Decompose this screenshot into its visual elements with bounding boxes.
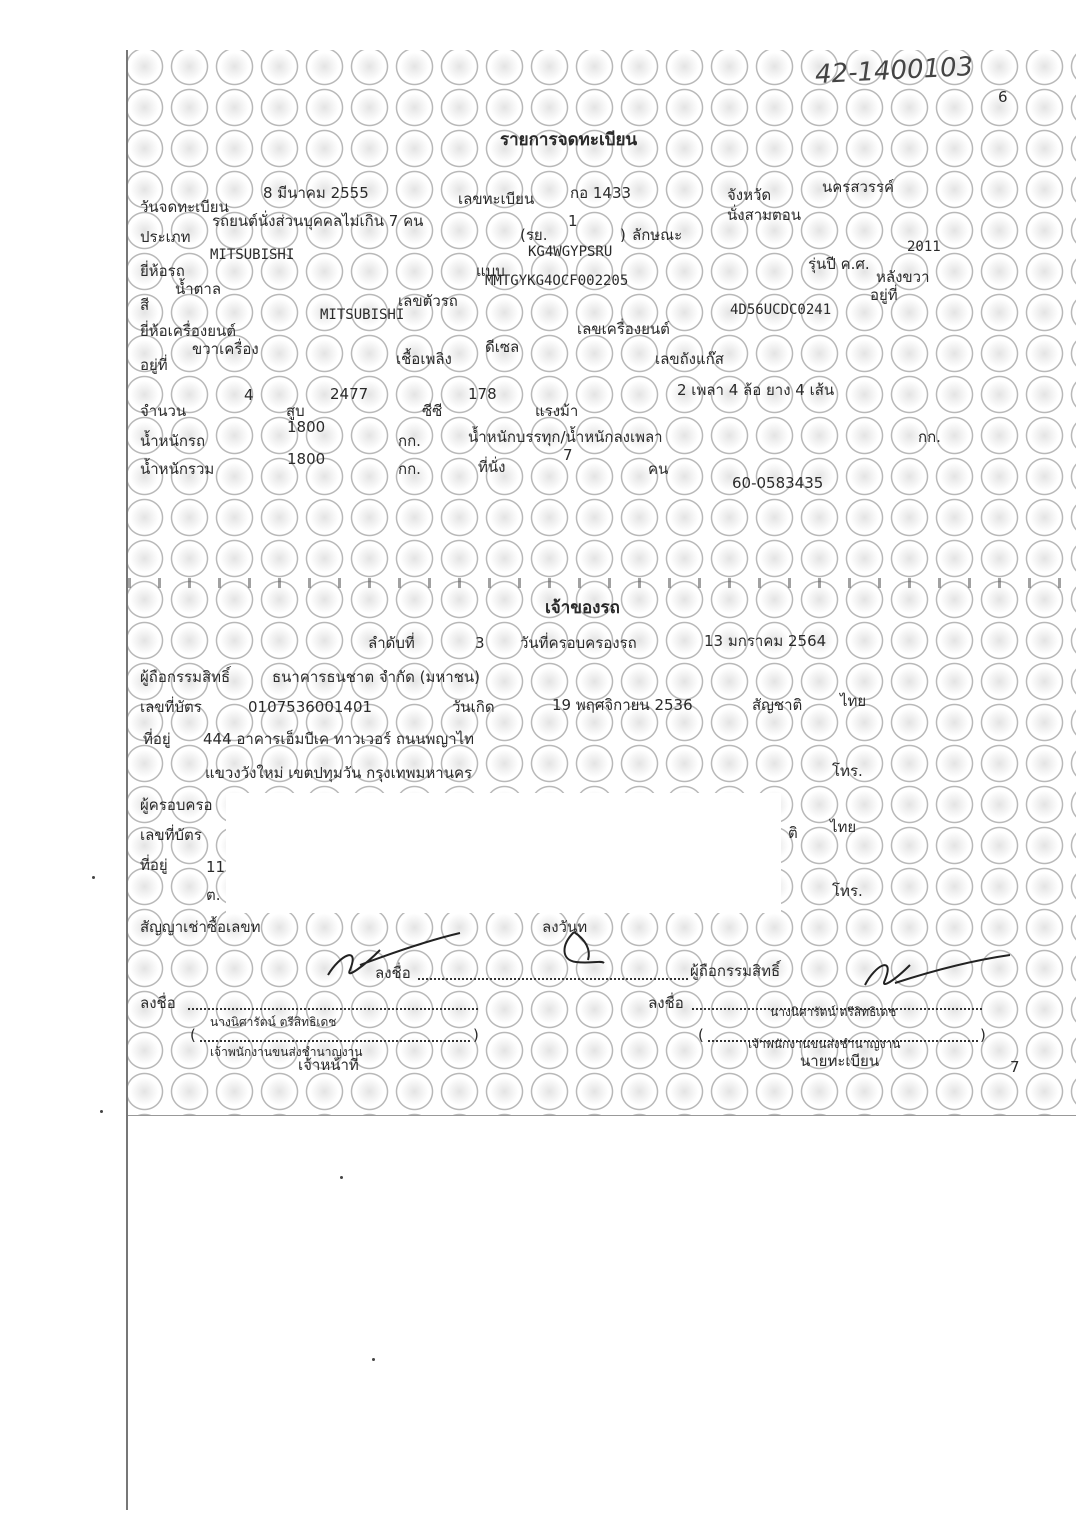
gas-tank-label: เลขถังแก๊ส: [655, 352, 724, 367]
owner-sign-label: ลงชื่อ: [375, 966, 411, 981]
engine-location-label: อยู่ที่: [140, 358, 168, 373]
page-number-bottom: 7: [1010, 1060, 1020, 1075]
gross-weight-unit: กก.: [398, 462, 421, 477]
address-label: ที่อยู่: [143, 732, 171, 747]
brand-label: ยี่ห้อรถ: [140, 264, 185, 279]
type-code-suffix: ): [620, 228, 626, 243]
owner-id-label: เลขที่บัตร: [140, 700, 202, 715]
type-code: 1: [568, 214, 578, 229]
registrar-sign-label: ลงชื่อ: [648, 996, 684, 1011]
horsepower: 178: [468, 387, 497, 402]
handwritten-reference: 42-1400103: [814, 54, 973, 88]
engine-location: ขวาเครื่อง: [192, 342, 259, 357]
vehicle-type: รถยนต์นั่งส่วนบุคคลไม่เกิน 7 คน: [212, 214, 423, 229]
possessor-id-label: เลขที่บัตร: [140, 828, 202, 843]
model: KG4WGYPSRU: [528, 245, 612, 259]
owner-sign-role: ผู้ถือกรรมสิทธิ์: [690, 964, 780, 979]
scan-speck: [100, 1110, 103, 1113]
birth-date-label: วันเกิด: [452, 700, 495, 715]
registration-date: 8 มีนาคม 2555: [263, 186, 369, 201]
scan-speck: [372, 1358, 375, 1361]
scan-speck: [92, 876, 95, 879]
chassis-number: MMTGYKG4OCF002205: [485, 274, 628, 288]
engine-number: 4D56UCDC0241: [730, 303, 831, 317]
chassis-number-label: เลขตัวรถ: [398, 294, 458, 309]
possessor-address-line2-fragment: ต.: [206, 888, 221, 903]
address-line-1: 444 อาคารเอ็มบีเค ทาวเวอร์ ถนนพญาไท: [203, 732, 474, 747]
brand: MITSUBISHI: [210, 248, 294, 262]
seats-label: ที่นั่ง: [478, 460, 505, 475]
perforation-line: [128, 578, 1076, 588]
possessor-label: ผู้ครอบครอ: [140, 798, 213, 813]
lease-signature-mark: [556, 930, 606, 970]
officer-sign-label: ลงชื่อ: [140, 996, 176, 1011]
fuel-label: เชื้อเพลิง: [396, 352, 452, 367]
possessor-address-fragment: 11: [206, 860, 225, 875]
nationality: ไทย: [840, 694, 866, 709]
model-year-label: รุ่นปี ค.ศ.: [808, 257, 870, 272]
officer-paren-open: (: [190, 1028, 196, 1043]
vehicle-weight: 1800: [287, 420, 325, 435]
registrar-name: นางนิศารัตน์ ตรีสิทธิเดช: [770, 1006, 896, 1018]
lease-contract-label: สัญญาเช่าซื้อเลขท: [140, 920, 261, 935]
body-style-label: ลักษณะ: [632, 228, 682, 243]
redaction-block: [226, 793, 781, 913]
scan-speck: [340, 1176, 343, 1179]
province: นครสวรรค์: [822, 180, 894, 195]
engine-brand-label: ยี่ห้อเครื่องยนต์: [140, 324, 236, 339]
officer-role: เจ้าหน้าที่: [298, 1058, 359, 1073]
gross-weight-label: น้ำหนักรวม: [140, 462, 214, 477]
model-year: 2011: [907, 240, 941, 254]
load-weight-label: น้ำหนักบรรทุก/น้ำหนักลงเพลา: [468, 430, 663, 445]
type-code-prefix: (รย.: [520, 228, 547, 243]
plate-number: กอ 1433: [570, 186, 631, 201]
officer-name: นางนิศารัตน์ ตรีสิทธิเดช: [210, 1016, 336, 1028]
officer-name-line: [200, 1040, 470, 1042]
owner-sign-line: [418, 978, 688, 980]
chassis-location-label: อยู่ที่: [870, 288, 898, 303]
registrar-role: นายทะเบียน: [800, 1054, 879, 1069]
officer-paren-close: ): [473, 1028, 479, 1043]
page-number-top: 6: [998, 90, 1008, 105]
officer-sign-line: [188, 1008, 478, 1010]
seats: 7: [563, 448, 573, 463]
engine-number-label: เลขเครื่องยนต์: [577, 322, 670, 337]
possession-date: 13 มกราคม 2564: [704, 634, 826, 649]
axles-wheels: 2 เพลา 4 ล้อ ยาง 4 เส้น: [677, 383, 834, 398]
body-style: นั่งสามตอน: [727, 208, 801, 223]
owner-id-number: 0107536001401: [248, 700, 372, 715]
horsepower-unit: แรงม้า: [535, 404, 578, 419]
seats-unit: คน: [648, 462, 668, 477]
owner-name: ธนาคารธนชาต จำกัด (มหาชน): [272, 670, 480, 685]
engine-brand: MITSUBISHI: [320, 308, 404, 322]
vehicle-type-label: ประเภท: [140, 230, 191, 245]
sequence-number: 3: [475, 636, 485, 651]
possessor-nationality: ไทย: [830, 820, 856, 835]
plate-number-label: เลขทะเบียน: [458, 192, 534, 207]
registrar-paren-open: (: [698, 1028, 704, 1043]
owner-label: ผู้ถือกรรมสิทธิ์: [140, 670, 230, 685]
birth-date: 19 พฤศจิกายน 2536: [552, 698, 693, 713]
engine-cc: 2477: [330, 387, 368, 402]
possession-date-label: วันที่ครอบครองรถ: [520, 636, 637, 651]
registrar-paren-close: ): [980, 1028, 986, 1043]
cc-unit: ซีซี: [422, 404, 442, 419]
count-label: จำนวน: [140, 404, 186, 419]
phone-label: โทร.: [832, 764, 863, 779]
registrar-signature: [855, 945, 1015, 995]
chassis-location: หลังขวา: [876, 270, 930, 285]
color: น้ำตาล: [175, 282, 221, 297]
color-label: สี: [140, 298, 149, 313]
vehicle-weight-unit: กก.: [398, 434, 421, 449]
vehicle-weight-label: น้ำหนักรถ: [140, 434, 205, 449]
address-line-2: แขวงวังใหม่ เขตปทุมวัน กรุงเทพมหานคร: [205, 766, 472, 781]
load-weight-unit: กก.: [918, 430, 941, 445]
cylinders: 4: [244, 388, 254, 403]
possessor-address-label: ที่อยู่: [140, 858, 168, 873]
possessor-nationality-fragment: ติ: [788, 826, 798, 841]
gross-weight: 1800: [287, 452, 325, 467]
possessor-phone-label: โทร.: [832, 884, 863, 899]
fuel: ดีเซล: [485, 340, 519, 355]
registration-section-title: รายการจดทะเบียน: [500, 132, 637, 149]
province-label: จังหวัด: [727, 188, 771, 203]
serial-number: 60-0583435: [732, 476, 823, 491]
nationality-label: สัญชาติ: [752, 698, 802, 713]
cylinders-unit: สูบ: [286, 404, 305, 419]
registrar-position: เจ้าพนักงานขนส่งชำนาญงาน: [748, 1038, 901, 1050]
sequence-label: ลำดับที่: [368, 636, 415, 651]
owner-section-title: เจ้าของรถ: [545, 600, 620, 617]
